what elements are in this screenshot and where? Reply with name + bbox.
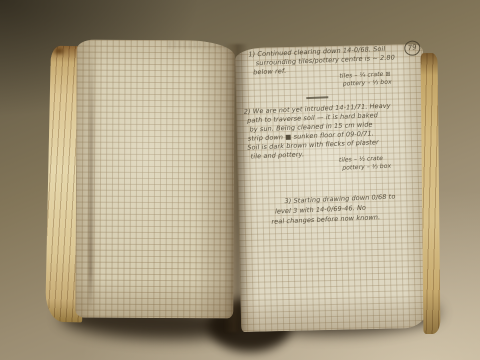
faint-showthrough-marks [169,41,227,49]
page-curl-crease [88,50,93,312]
note-line: 3) Starting drawing down 0/68 to [284,194,395,205]
handwriting-layer: 79 1) Continued clearing down 14-0/68. S… [238,37,442,337]
finds-tally-line: pottery – ⅓ box [343,80,392,88]
note-line: below ref. [253,68,286,76]
note-line: tile and pottery. [251,151,305,160]
photo-scene: 79 1) Continued clearing down 14-0/68. S… [0,0,480,360]
finds-tally-line: pottery – ⅓ box [342,164,391,172]
stained-corner [52,46,66,56]
circled-page-number: 79 [403,40,421,57]
note-line: real changes before now known. [271,214,380,225]
left-page-blank-grid [75,40,234,319]
ink-dash-mark [306,96,328,98]
left-page-shading [75,40,234,319]
